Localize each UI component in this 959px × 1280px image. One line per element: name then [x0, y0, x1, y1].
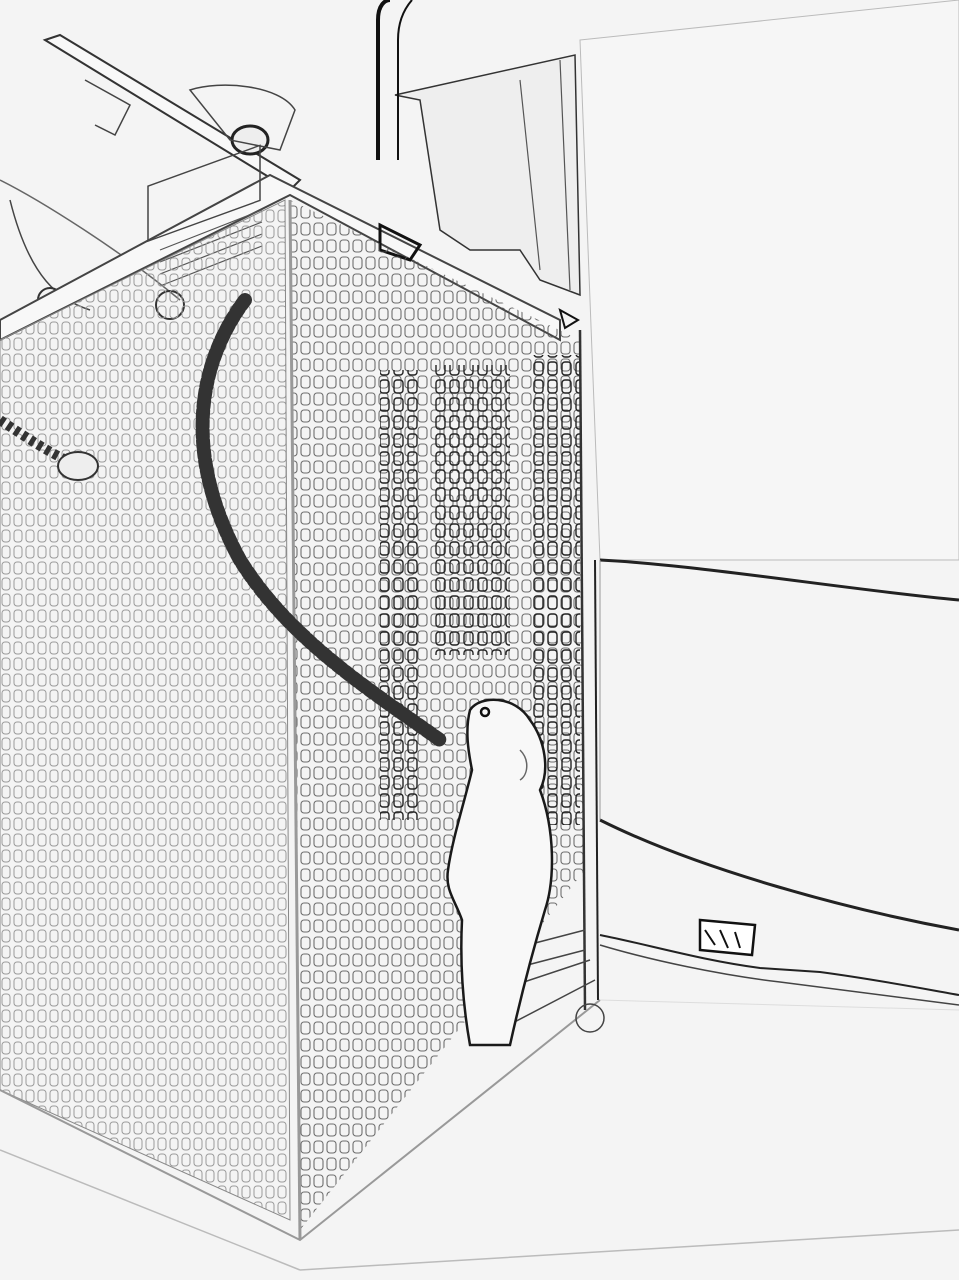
sketch-photo [0, 0, 959, 1280]
cage-left-side [0, 200, 290, 1220]
